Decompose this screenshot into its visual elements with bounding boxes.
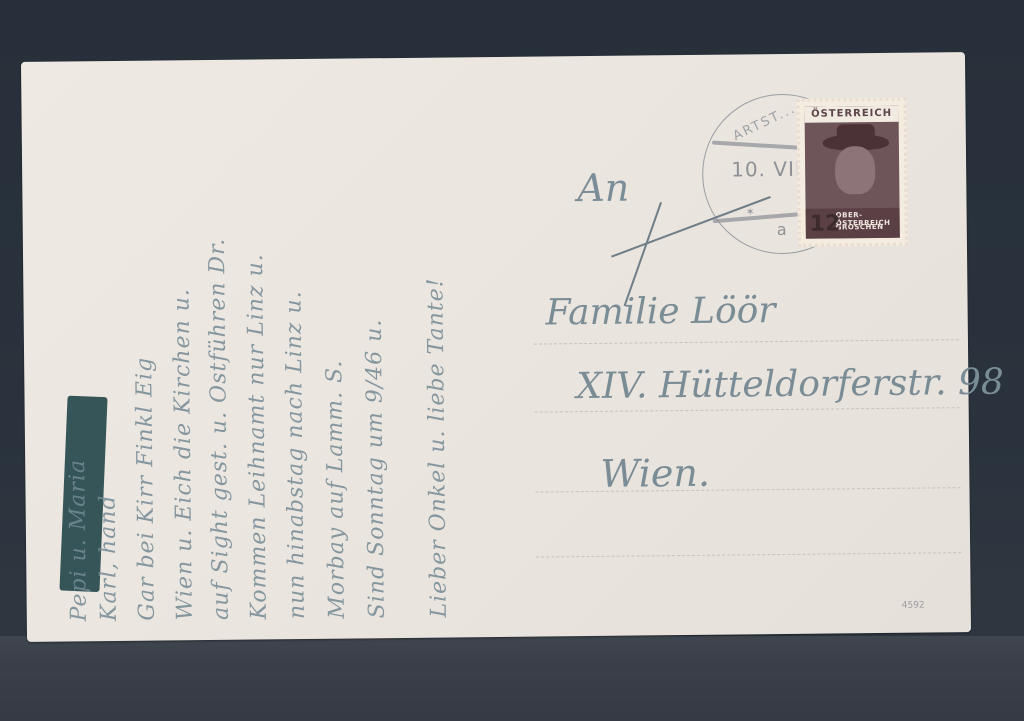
stamp-currency: GROSCHEN xyxy=(836,223,884,231)
address-line xyxy=(535,407,960,412)
printer-mark: 4592 xyxy=(902,601,925,611)
message-line-9: Karl, hand xyxy=(96,494,122,621)
stamp-image: ÖSTERREICH OBER-ÖSTERREICH GROSCHEN 12 xyxy=(805,106,900,239)
address-street: XIV. Hütteldorferstr. 98 xyxy=(576,362,1004,407)
background-shelf xyxy=(0,636,1024,721)
message-line-8: Gar bei Kirr Finkl Eig xyxy=(132,357,160,621)
address-recipient: Familie Löör xyxy=(545,290,775,333)
address-line xyxy=(536,552,961,557)
message-line-3: Morbay auf Lamm. S. xyxy=(322,360,350,619)
postage-stamp: ÖSTERREICH OBER-ÖSTERREICH GROSCHEN 12 xyxy=(796,98,908,247)
address-line xyxy=(534,339,959,344)
message-signature: Pepi u. Maria xyxy=(65,459,92,622)
address-line xyxy=(536,487,961,492)
message-line-2: Sind Sonntag um 9/46 u. xyxy=(362,319,390,619)
stamp-country: ÖSTERREICH xyxy=(805,106,899,123)
postmark-letter: a xyxy=(777,220,787,239)
message-line-6: auf Sight gest. u. Ostführen Dr. xyxy=(205,238,234,620)
stamp-portrait-icon xyxy=(835,146,876,194)
message-line-7: Wien u. Eich die Kirchen u. xyxy=(169,288,197,620)
stamp-value: 12 xyxy=(810,211,841,236)
message-line-5: Kommen Leihnamt nur Linz u. xyxy=(243,253,272,619)
postmark-town: ARTST... xyxy=(731,101,799,144)
message-line-1: Lieber Onkel u. liebe Tante! xyxy=(423,277,452,617)
address-salutation: An xyxy=(577,166,629,211)
message-line-4: nun hinabstag nach Linz u. xyxy=(281,290,309,619)
postcard: Pepi u. Maria Karl, hand Gar bei Kirr Fi… xyxy=(21,52,971,642)
